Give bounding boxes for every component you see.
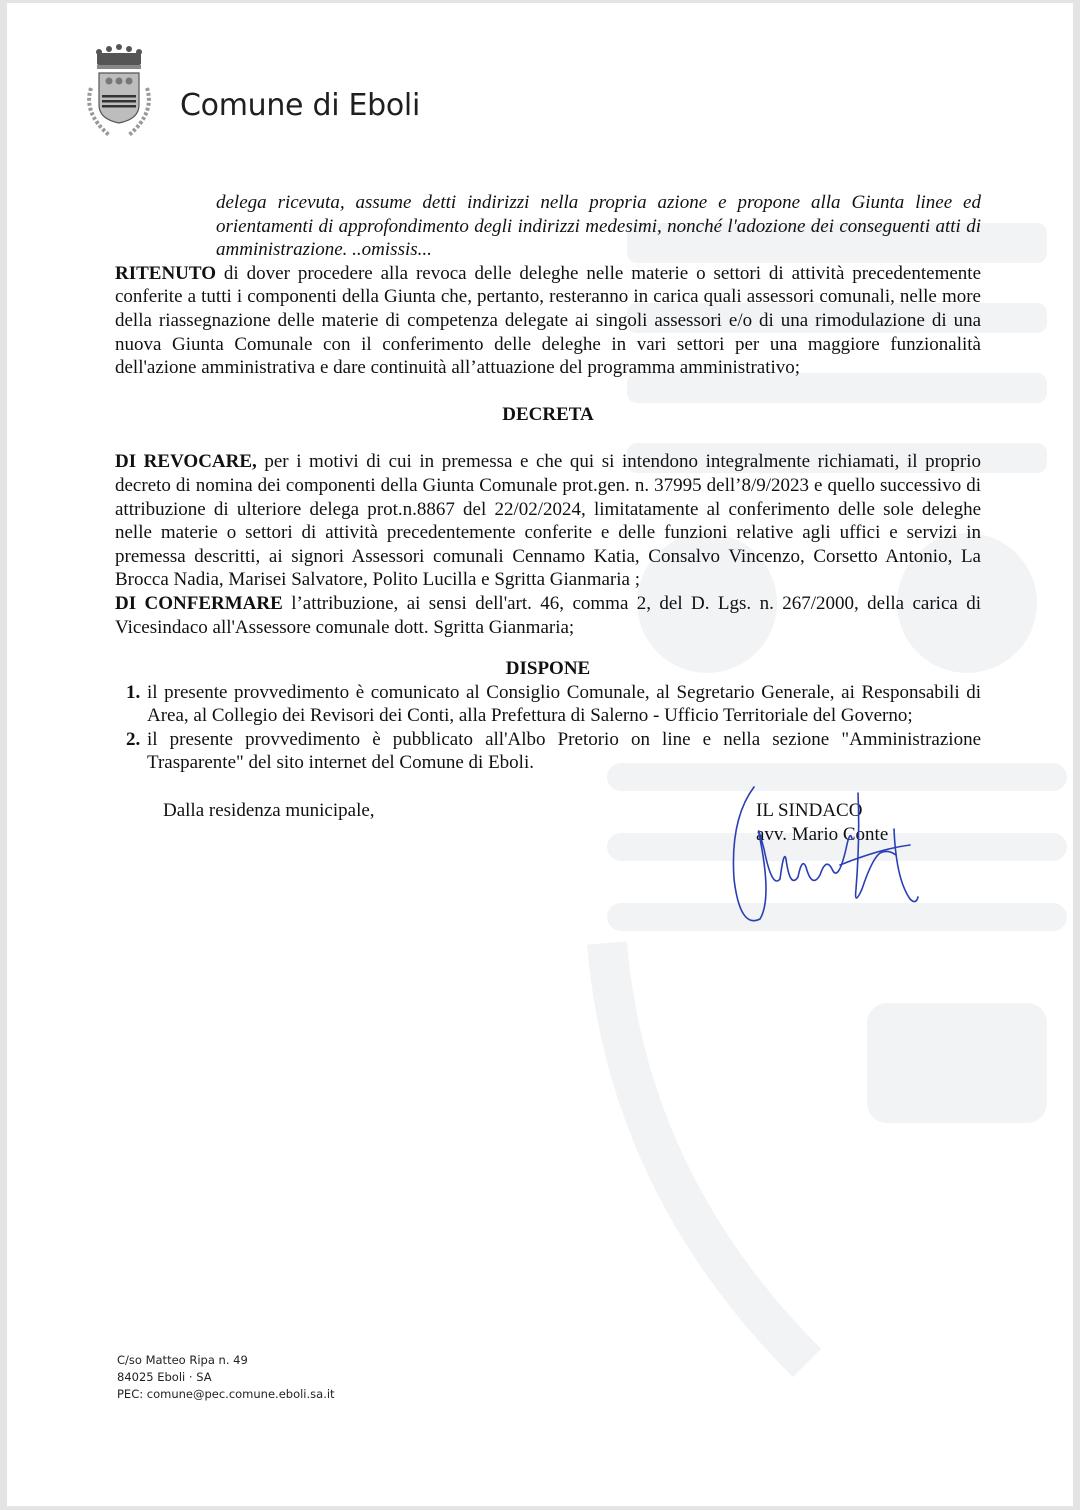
revocare-paragraph: DI REVOCARE, per i motivi di cui in prem… bbox=[115, 450, 981, 592]
dispone-list: il presente provvedimento è comunicato a… bbox=[115, 681, 981, 775]
municipal-coat-of-arms-icon bbox=[79, 43, 159, 143]
ritenuto-lead: RITENUTO bbox=[115, 263, 216, 284]
revocare-lead: DI REVOCARE, bbox=[115, 451, 257, 472]
list-item: il presente provvedimento è comunicato a… bbox=[145, 681, 981, 728]
closing-block: Dalla residenza municipale, IL SINDACO a… bbox=[115, 799, 981, 919]
footer-street: C/so Matteo Ripa n. 49 bbox=[117, 1352, 335, 1369]
decreta-heading: DECRETA bbox=[115, 403, 981, 427]
dispone-heading: DISPONE bbox=[115, 657, 981, 681]
document-body: delega ricevuta, assume detti indirizzi … bbox=[115, 191, 981, 919]
footer-pec: PEC: comune@pec.comune.eboli.sa.it bbox=[117, 1386, 335, 1403]
ritenuto-paragraph: RITENUTO di dover procedere alla revoca … bbox=[115, 262, 981, 380]
confermare-lead: DI CONFERMARE bbox=[115, 593, 283, 614]
confermare-paragraph: DI CONFERMARE l’attribuzione, ai sensi d… bbox=[115, 592, 981, 639]
list-item: il presente provvedimento è pubblicato a… bbox=[145, 728, 981, 775]
document-page: Comune di Eboli delega ricevuta, assume … bbox=[7, 3, 1073, 1506]
ritenuto-text: di dover procedere alla revoca delle del… bbox=[115, 263, 981, 378]
signature-icon bbox=[720, 779, 980, 949]
page-title: Comune di Eboli bbox=[180, 88, 420, 123]
quoted-text: delega ricevuta, assume detti indirizzi … bbox=[115, 191, 981, 262]
footer-address: C/so Matteo Ripa n. 49 84025 Eboli · SA … bbox=[117, 1352, 335, 1403]
place-text: Dalla residenza municipale, bbox=[163, 799, 375, 823]
footer-city: 84025 Eboli · SA bbox=[117, 1369, 335, 1386]
